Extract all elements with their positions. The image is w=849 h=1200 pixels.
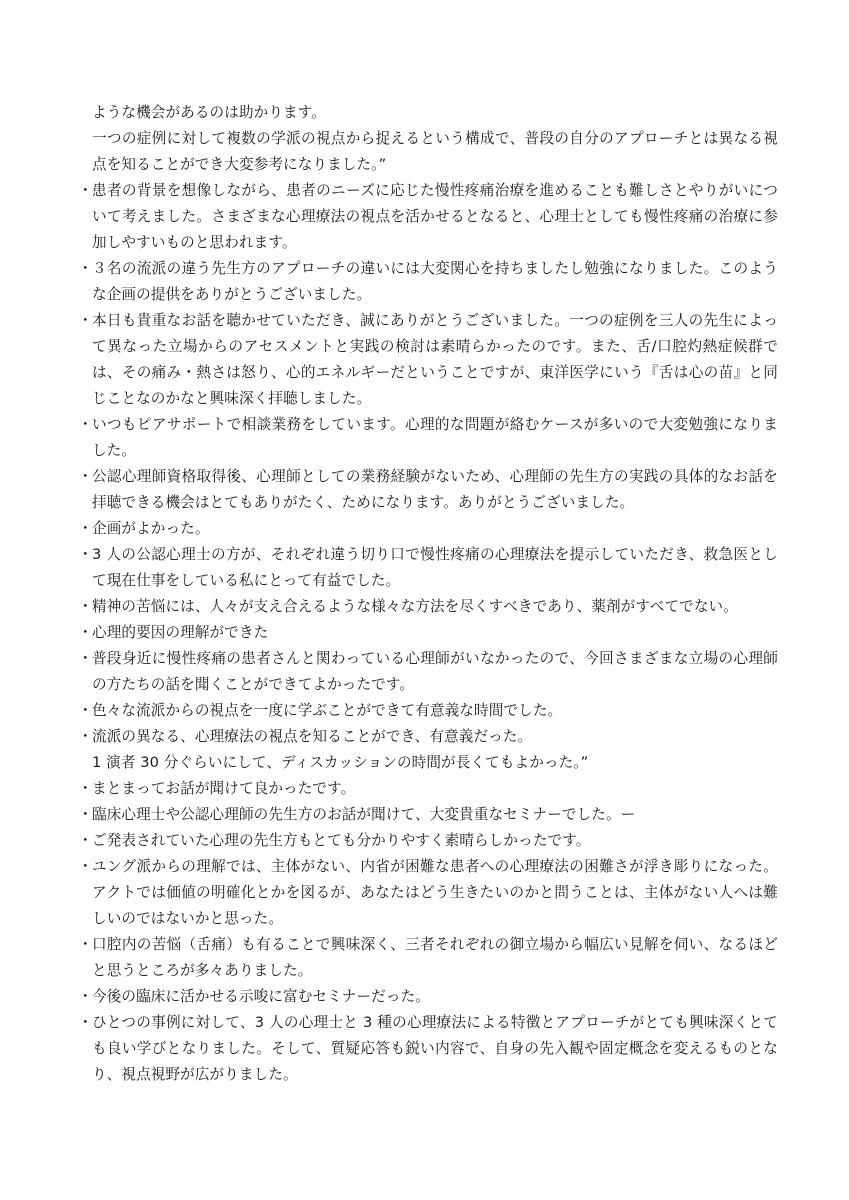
bullet: ・ xyxy=(78,828,92,854)
list-item: ・患者の背景を想像しながら、患者のニーズに応じた慢性疼痛治療を進めることも難しさ… xyxy=(78,178,778,256)
list-item: ・心理的要因の理解ができた xyxy=(78,620,778,646)
paragraph-text: ような機会があるのは助かります。 xyxy=(92,104,326,121)
list-item-text: ひとつの事例に対して、3 人の心理士と 3 種の心理療法による特徴とアプローチが… xyxy=(92,1014,778,1083)
list-item-text: ご発表されていた心理の先生方もとても分かりやすく素晴らしかったです。 xyxy=(92,832,590,849)
list-item-text: ３名の流派の違う先生方のアプローチの違いには大変関心を持ちましたし勉強になりまし… xyxy=(92,260,778,303)
list-item: ・企画がよかった。 xyxy=(78,516,778,542)
list-item: ・まとまってお話が聞けて良かったです。 xyxy=(78,776,778,802)
list-item: ・流派の異なる、心理療法の視点を知ることができ、有意義だった。 xyxy=(78,724,778,750)
list-item-text: 臨床心理士や公認心理師の先生方のお話が聞けて、大変貴重なセミナーでした。ー xyxy=(92,806,635,823)
list-item-text: まとまってお話が聞けて良かったです。 xyxy=(92,780,355,797)
paragraph: ような機会があるのは助かります。 xyxy=(78,100,778,126)
bullet: ・ xyxy=(78,178,92,204)
bullet: ・ xyxy=(78,854,92,880)
list-item: ・いつもピアサポートで相談業務をしています。心理的な問題が絡むケースが多いので大… xyxy=(78,412,778,464)
paragraph-text: 1 演者 30 分ぐらいにして、ディスカッションの時間が長くてもよかった。” xyxy=(92,754,588,771)
bullet: ・ xyxy=(78,646,92,672)
list-item-text: ユング派からの理解では、主体がない、内省が困難な患者への心理療法の困難さが浮き彫… xyxy=(92,858,778,927)
list-item: ・色々な流派からの視点を一度に学ぶことができて有意義な時間でした。 xyxy=(78,698,778,724)
bullet: ・ xyxy=(78,542,92,568)
bullet: ・ xyxy=(78,932,92,958)
bullet: ・ xyxy=(78,308,92,334)
bullet: ・ xyxy=(78,724,92,750)
document-page: ような機会があるのは助かります。 一つの症例に対して複数の学派の視点から捉えると… xyxy=(78,100,778,1088)
list-item: ・公認心理師資格取得後、心理師としての業務経験がないため、心理師の先生方の実践の… xyxy=(78,464,778,516)
list-item: ・ユング派からの理解では、主体がない、内省が困難な患者への心理療法の困難さが浮き… xyxy=(78,854,778,932)
bullet: ・ xyxy=(78,776,92,802)
paragraph: 1 演者 30 分ぐらいにして、ディスカッションの時間が長くてもよかった。” xyxy=(78,750,778,776)
bullet: ・ xyxy=(78,594,92,620)
bullet: ・ xyxy=(78,698,92,724)
bullet: ・ xyxy=(78,802,92,828)
list-item: ・今後の臨床に活かせる示唆に富むセミナーだった。 xyxy=(78,984,778,1010)
list-item: ・3 人の公認心理士の方が、それぞれ違う切り口で慢性疼痛の心理療法を提示していた… xyxy=(78,542,778,594)
list-item-text: 精神の苦悩には、人々が支え合えるような様々な方法を尽くすべきであり、薬剤がすべて… xyxy=(92,598,738,615)
list-item: ・３名の流派の違う先生方のアプローチの違いには大変関心を持ちましたし勉強になりま… xyxy=(78,256,778,308)
list-item-text: 口腔内の苦悩（舌痛）も有ることで興味深く、三者それぞれの御立場から幅広い見解を伺… xyxy=(92,936,778,979)
paragraph: 一つの症例に対して複数の学派の視点から捉えるという構成で、普段の自分のアプローチ… xyxy=(78,126,778,178)
list-item-text: 3 人の公認心理士の方が、それぞれ違う切り口で慢性疼痛の心理療法を提示していただ… xyxy=(92,546,778,589)
list-item-text: 普段身近に慢性疼痛の患者さんと関わっている心理師がいなかったので、今回さまざまな… xyxy=(92,650,778,693)
list-item-text: 心理的要因の理解ができた xyxy=(92,624,268,641)
list-item-text: 患者の背景を想像しながら、患者のニーズに応じた慢性疼痛治療を進めることも難しさと… xyxy=(92,182,778,251)
list-item-text: 今後の臨床に活かせる示唆に富むセミナーだった。 xyxy=(92,988,430,1005)
list-item: ・口腔内の苦悩（舌痛）も有ることで興味深く、三者それぞれの御立場から幅広い見解を… xyxy=(78,932,778,984)
paragraph-text: 一つの症例に対して複数の学派の視点から捉えるという構成で、普段の自分のアプローチ… xyxy=(92,130,778,173)
list-item-text: 本日も貴重なお話を聴かせていただき、誠にありがとうございました。一つの症例を三人… xyxy=(92,312,778,407)
bullet: ・ xyxy=(78,620,92,646)
bullet: ・ xyxy=(78,256,92,282)
list-item-text: 企画がよかった。 xyxy=(92,520,210,537)
bullet: ・ xyxy=(78,1010,92,1036)
list-item: ・臨床心理士や公認心理師の先生方のお話が聞けて、大変貴重なセミナーでした。ー xyxy=(78,802,778,828)
list-item-text: 公認心理師資格取得後、心理師としての業務経験がないため、心理師の先生方の実践の具… xyxy=(92,468,778,511)
list-item: ・本日も貴重なお話を聴かせていただき、誠にありがとうございました。一つの症例を三… xyxy=(78,308,778,412)
list-item-text: 流派の異なる、心理療法の視点を知ることができ、有意義だった。 xyxy=(92,728,532,745)
bullet: ・ xyxy=(78,516,92,542)
list-item-text: 色々な流派からの視点を一度に学ぶことができて有意義な時間でした。 xyxy=(92,702,562,719)
bullet: ・ xyxy=(78,464,92,490)
list-item: ・ご発表されていた心理の先生方もとても分かりやすく素晴らしかったです。 xyxy=(78,828,778,854)
bullet: ・ xyxy=(78,412,92,438)
list-item: ・ひとつの事例に対して、3 人の心理士と 3 種の心理療法による特徴とアプローチ… xyxy=(78,1010,778,1088)
bullet: ・ xyxy=(78,984,92,1010)
list-item: ・精神の苦悩には、人々が支え合えるような様々な方法を尽くすべきであり、薬剤がすべ… xyxy=(78,594,778,620)
list-item-text: いつもピアサポートで相談業務をしています。心理的な問題が絡むケースが多いので大変… xyxy=(92,416,778,459)
list-item: ・普段身近に慢性疼痛の患者さんと関わっている心理師がいなかったので、今回さまざま… xyxy=(78,646,778,698)
